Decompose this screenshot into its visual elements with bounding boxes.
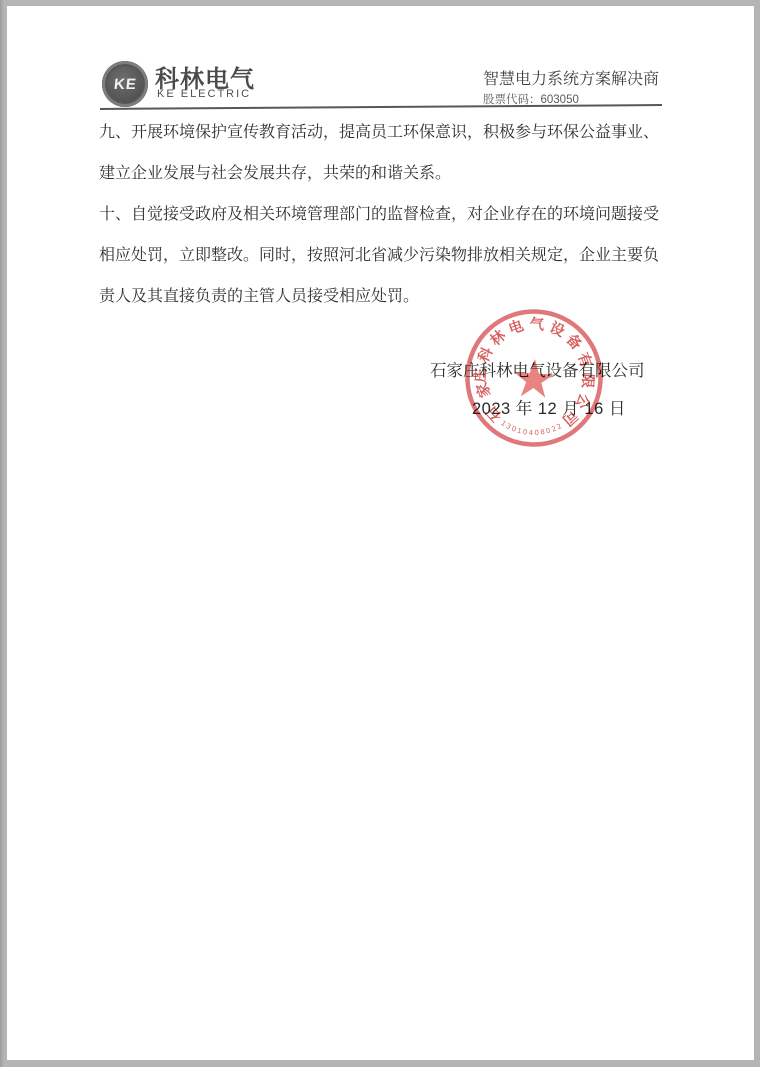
document-page: KE 科林电气 KE ELECTRIC 智慧电力系统方案解决商 股票代码：603…	[7, 6, 754, 1060]
seal-arc-char: 气	[529, 315, 545, 334]
scanned-document: KE 科林电气 KE ELECTRIC 智慧电力系统方案解决商 股票代码：603…	[0, 0, 760, 1067]
body-line: 建立企业发展与社会发展共存，共荣的和谐关系。	[99, 153, 665, 194]
brand-name-english: KE ELECTRIC	[157, 88, 251, 100]
seal-arc-char: 有	[574, 350, 596, 370]
seal-arc-char: 电	[506, 316, 526, 338]
logo-monogram: KE	[113, 76, 138, 93]
company-tagline: 智慧电力系统方案解决商	[483, 66, 659, 89]
seal-arc-char: 公	[571, 391, 593, 412]
body-line: 相应处罚，立即整改。同时，按照河北省减少污染物排放相关规定，企业主要负	[99, 235, 665, 276]
star-icon	[513, 358, 555, 398]
document-body: 九、开展环境保护宣传教育活动，提高员工环保意识，积极参与环保公益事业、 建立企业…	[99, 112, 665, 317]
body-line: 九、开展环境保护宣传教育活动，提高员工环保意识，积极参与环保公益事业、	[99, 112, 665, 153]
company-seal-stamp: 石 家 庄 科 林 电 气 设 备 有 限 公 司 1301040802205	[451, 295, 617, 461]
company-logo-icon: KE	[102, 61, 148, 107]
seal-arc-char: 庄	[471, 367, 490, 383]
header-divider	[100, 104, 662, 110]
body-line: 十、自觉接受政府及相关环境管理部门的监督检查，对企业存在的环境问题接受	[99, 194, 665, 235]
seal-arc-char: 限	[579, 373, 598, 389]
